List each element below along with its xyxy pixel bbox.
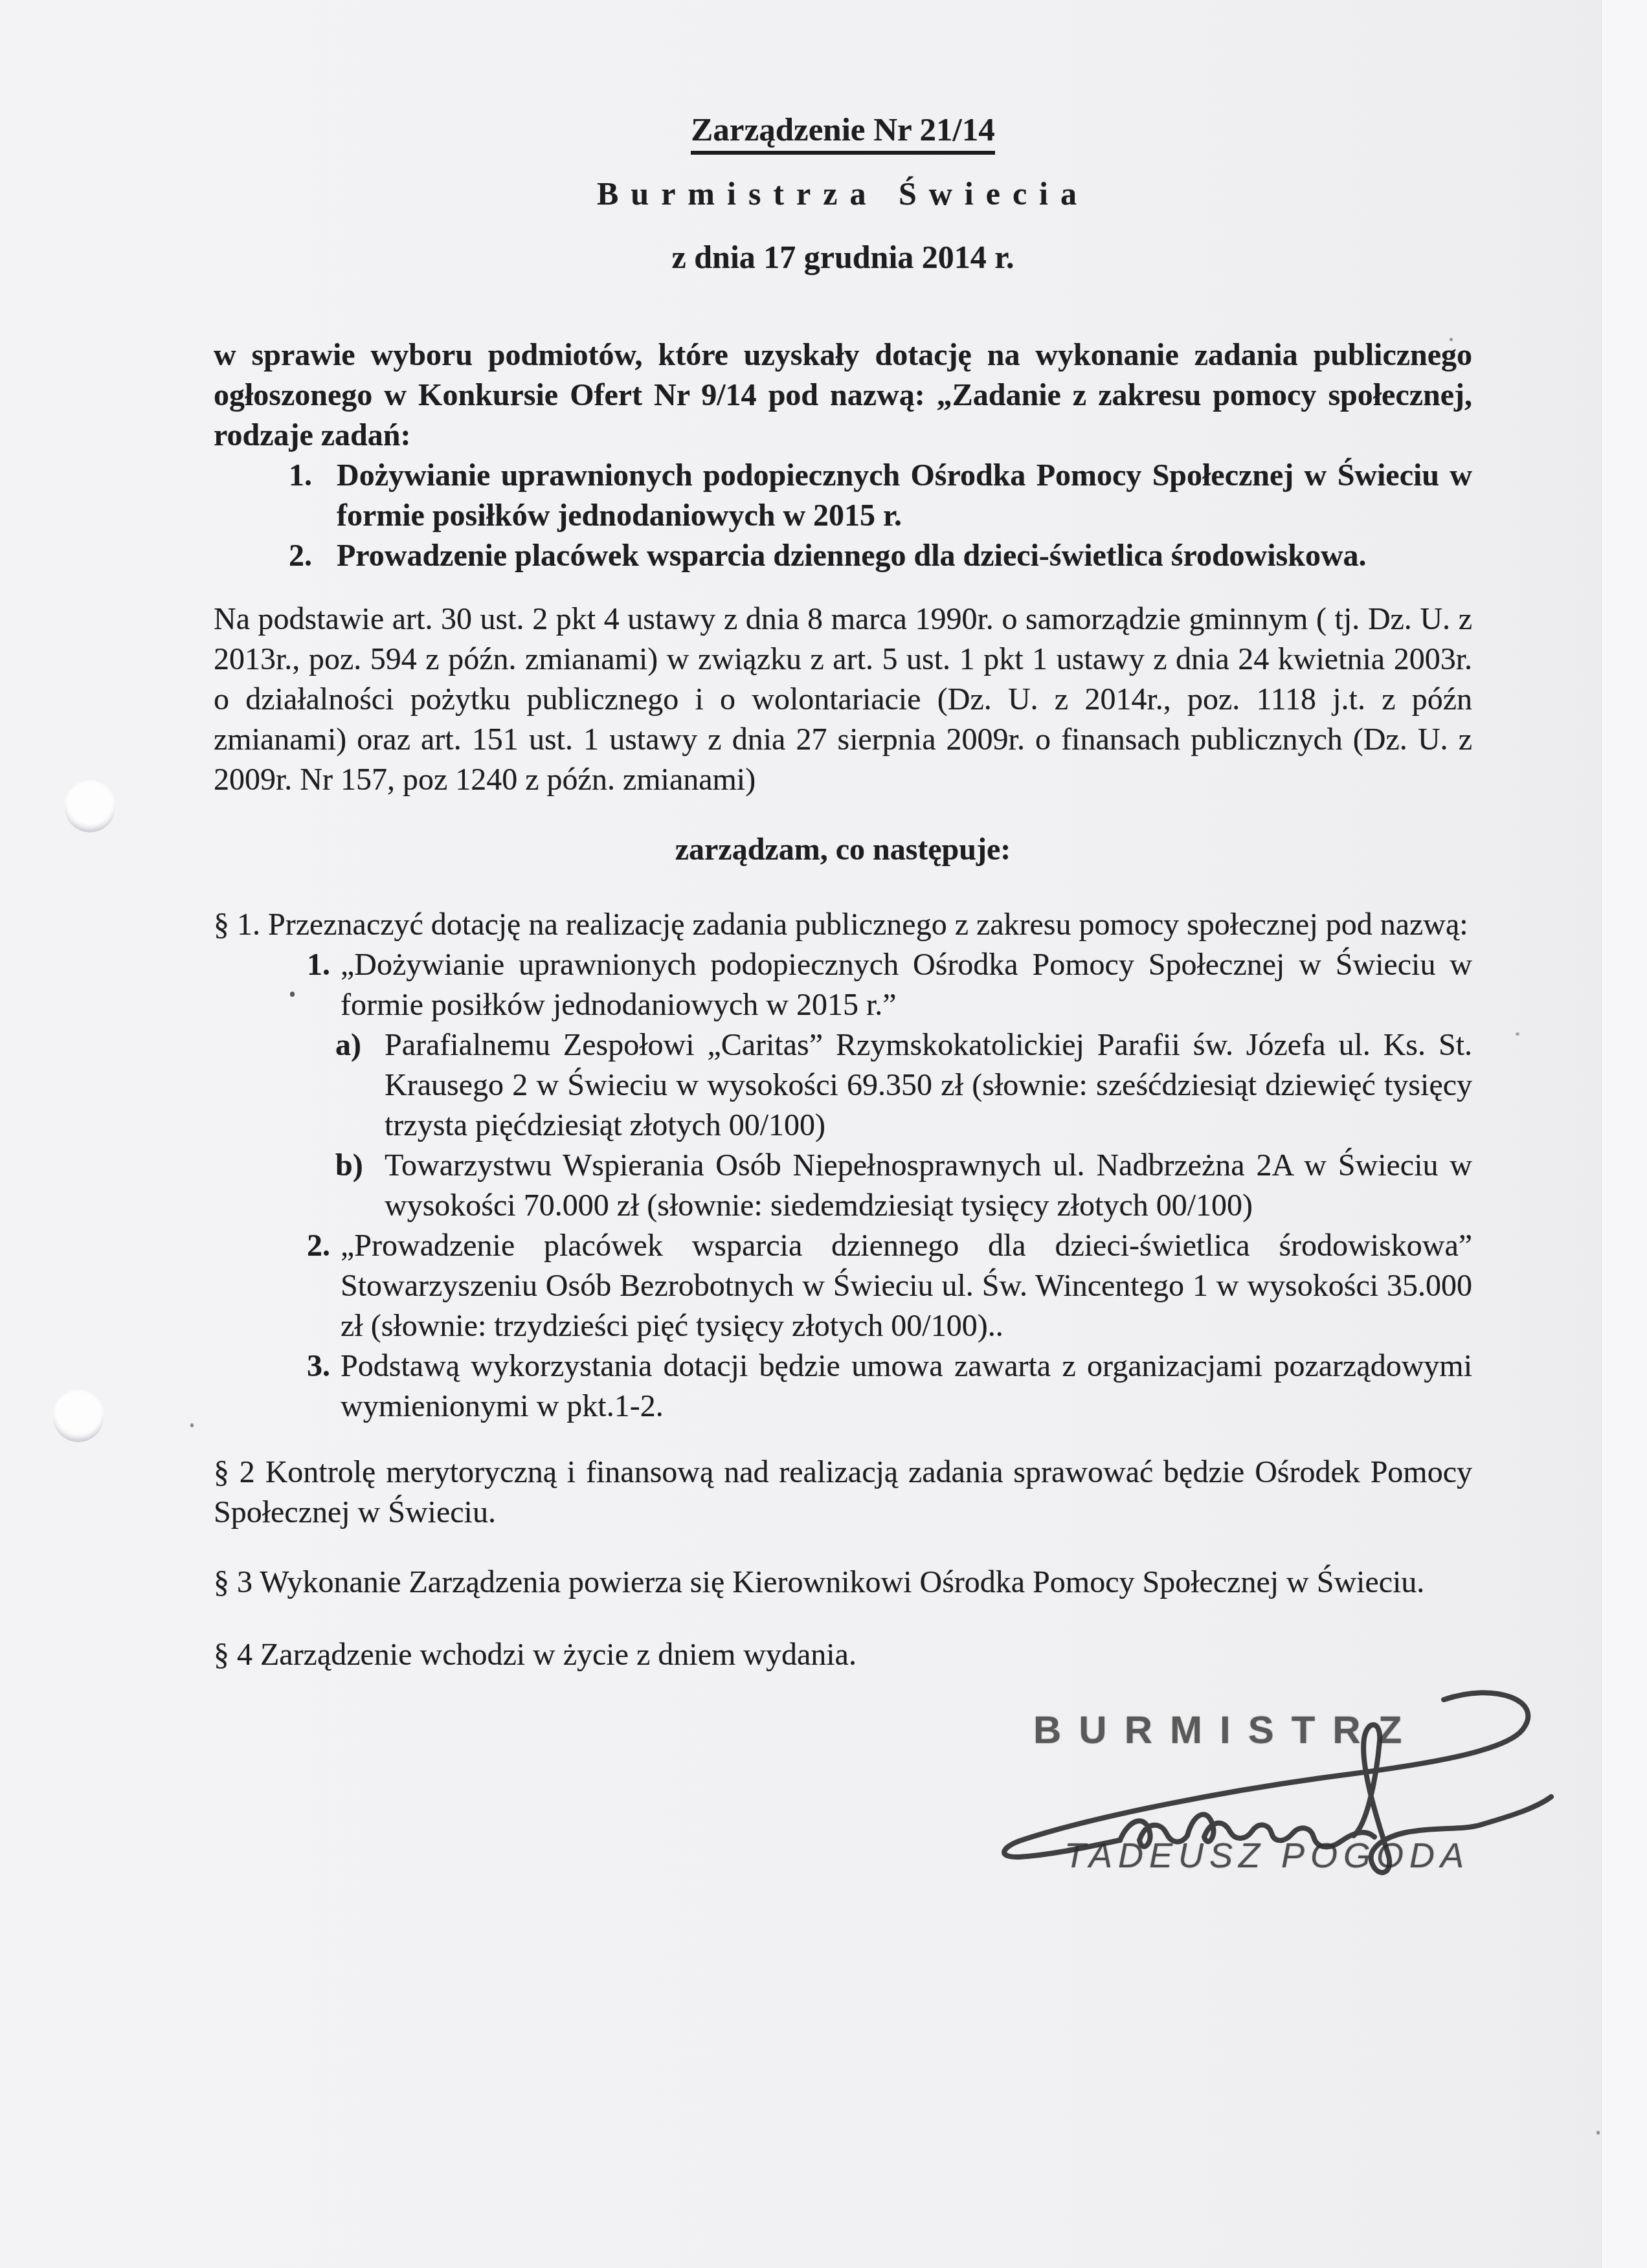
list-number: 3. — [307, 1346, 330, 1386]
ordain-heading: zarządzam, co następuje: — [214, 830, 1472, 870]
list-item-text: Towarzystwu Wspierania Osób Niepełnospra… — [385, 1148, 1472, 1223]
legal-basis-paragraph: Na podstawie art. 30 ust. 2 pkt 4 ustawy… — [214, 599, 1472, 800]
subject-list-item: 1. Dożywianie uprawnionych podopiecznych… — [214, 456, 1472, 536]
list-item-text: „Dożywianie uprawnionych podopiecznych O… — [341, 948, 1472, 1022]
paragraph-1-item: 3. Podstawą wykorzystania dotacji będzie… — [214, 1346, 1472, 1427]
list-letter: a) — [335, 1025, 361, 1065]
document-body: Zarządzenie Nr 21/14 Burmistrza Świecia … — [214, 96, 1472, 1675]
paragraph-1-subitem: b) Towarzystwu Wspierania Osób Niepełnos… — [214, 1146, 1472, 1226]
list-item-text: „Prowadzenie placówek wsparcia dziennego… — [341, 1228, 1472, 1343]
paragraph-1-subitem: a) Parafialnemu Zespołowi „Caritas” Rzym… — [214, 1025, 1472, 1146]
signature-ink — [997, 1687, 1567, 1894]
list-item-text: Parafialnemu Zespołowi „Caritas” Rzymsko… — [385, 1028, 1472, 1142]
paragraph-1-item: 1. „Dożywianie uprawnionych podopiecznyc… — [214, 945, 1472, 1025]
paragraph-1: § 1. Przeznaczyć dotację na realizację z… — [214, 905, 1472, 945]
ink-speck — [1597, 2131, 1600, 2135]
list-item-text: Podstawą wykorzystania dotacji będzie um… — [341, 1349, 1472, 1423]
subject-list-item: 2. Prowadzenie placówek wsparcia dzienne… — [214, 536, 1472, 576]
list-number: 1. — [307, 945, 330, 985]
punch-hole-top — [65, 782, 115, 832]
paragraph-2: § 2 Kontrolę merytoryczną i finansową na… — [214, 1452, 1472, 1533]
list-letter: b) — [335, 1146, 363, 1186]
punch-hole-bottom — [53, 1392, 104, 1442]
issuer-title: Burmistrza Świecia — [214, 173, 1472, 214]
paragraph-4: § 4 Zarządzenie wchodzi w życie z dniem … — [214, 1635, 1472, 1675]
signature-block: BURMISTRZ TADEUSZ POGODA — [997, 1687, 1567, 1894]
ink-speck — [190, 1423, 194, 1427]
list-number: 1. — [289, 456, 312, 496]
paragraph-1-item: 2. „Prowadzenie placówek wsparcia dzienn… — [214, 1226, 1472, 1346]
date-line: z dnia 17 grudnia 2014 r. — [214, 237, 1472, 277]
scanned-document-page: Zarządzenie Nr 21/14 Burmistrza Świecia … — [0, 0, 1647, 2268]
list-item-text: Prowadzenie placówek wsparcia dziennego … — [337, 539, 1367, 573]
subject-paragraph: w sprawie wyboru podmiotów, które uzyska… — [214, 335, 1472, 456]
list-number: 2. — [307, 1226, 330, 1266]
ordinance-number-title: Zarządzenie Nr 21/14 — [214, 110, 1472, 150]
paragraph-3: § 3 Wykonanie Zarządzenia powierza się K… — [214, 1562, 1472, 1603]
list-number: 2. — [289, 536, 312, 576]
ink-speck — [1516, 1032, 1519, 1036]
list-item-text: Dożywianie uprawnionych podopiecznych Oś… — [337, 458, 1472, 533]
scanner-edge-strip — [1601, 0, 1647, 2268]
